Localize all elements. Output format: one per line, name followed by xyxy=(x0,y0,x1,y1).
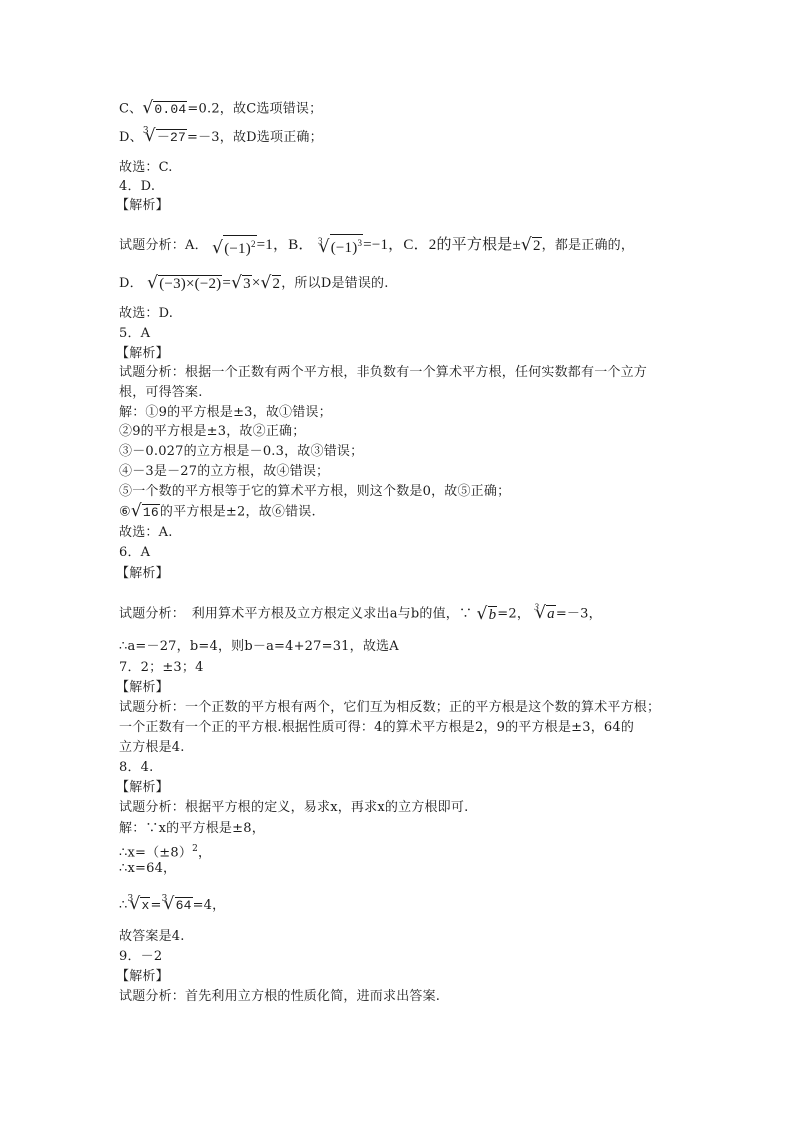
root-index: 3 xyxy=(143,126,149,136)
expr-result: =2， xyxy=(497,607,530,622)
expr: (−1) xyxy=(224,241,251,257)
expr-result: =−1，C．2的平方根是± xyxy=(363,237,521,253)
radicand: b xyxy=(488,606,498,623)
q8-conclusion: 故答案是4. xyxy=(119,929,185,945)
q9-answer: 9．－2 xyxy=(119,949,162,965)
q5-analysis-line-2: 根，可得答案. xyxy=(119,385,203,401)
cbrt-expression: 3√(−1)3 xyxy=(318,234,363,257)
exponent: 2 xyxy=(251,239,256,249)
q6-analysis-tag: 【解析】 xyxy=(116,566,169,582)
radicand: 3 xyxy=(242,275,252,292)
option-text: =0.2，故C选项错误； xyxy=(187,102,322,117)
q5-answer: 5．A xyxy=(119,326,150,342)
q5-step-1: 解：①9的平方根是±3，故①错误； xyxy=(119,405,332,421)
expr: (−1) xyxy=(331,240,358,256)
analysis-text: 试题分析： 利用算术平方根及立方根定义求出a与b的值，∵ xyxy=(119,607,472,622)
root-index: 3 xyxy=(162,894,168,904)
q6-analysis-line-2: ∴a=－27，b=4，则b－a=4+27=31，故选A xyxy=(119,639,399,655)
q8-step-3: ∴x=64， xyxy=(119,861,176,877)
option-label: D． xyxy=(119,276,143,291)
q6-analysis-line-1: 试题分析： 利用算术平方根及立方根定义求出a与b的值，∵ √b=2， 3√a=－… xyxy=(119,605,602,623)
q5-step-4: ④－3是－27的立方根，故④错误； xyxy=(119,464,329,480)
exponent: 3 xyxy=(357,238,362,248)
q3-option-d-line: D、3√－27=－3，故D选项正确； xyxy=(119,128,323,147)
q5-analysis-tag: 【解析】 xyxy=(116,346,169,362)
step-tail: =4， xyxy=(193,898,226,913)
q4-analysis-line: 试题分析：A． √(−1)2=1，B． 3√(−1)3=−1，C．2的平方根是±… xyxy=(119,234,634,257)
q9-analysis: 试题分析：首先利用立方根的性质化简，进而求出答案. xyxy=(119,989,440,1005)
option-text: ，所以D是错误的. xyxy=(281,276,388,291)
step-text: ∴x=（±8） xyxy=(119,845,192,860)
radicand: x xyxy=(140,897,150,914)
radicand: a xyxy=(546,605,556,622)
radicand: 0.04 xyxy=(153,101,187,118)
q8-analysis: 试题分析：根据平方根的定义，易求x，再求x的立方根即可. xyxy=(119,800,468,816)
expr-result: =－3， xyxy=(556,607,602,622)
cbrt-expression: 3√64 xyxy=(162,896,193,915)
q7-answer: 7．2；±3；4 xyxy=(119,660,204,676)
root-index: 3 xyxy=(534,602,539,612)
q4-conclusion: 故选：D. xyxy=(119,306,173,322)
radicand: 16 xyxy=(142,504,160,521)
q9-analysis-tag: 【解析】 xyxy=(116,969,169,985)
q5-step-5: ⑤一个数的平方根等于它的算术平方根，则这个数是0，故⑤正确； xyxy=(119,484,510,500)
q5-analysis-line-1: 试题分析：根据一个正数有两个平方根，非负数有一个算术平方根，任何实数都有一个立方 xyxy=(119,365,647,381)
q7-analysis-line-2: 一个正数有一个正的平方根.根据性质可得：4的算术平方根是2，9的平方根是±3，6… xyxy=(119,720,634,736)
step-label: ⑥ xyxy=(119,505,131,520)
cbrt-expression: 3√－27 xyxy=(143,128,187,147)
q5-step-6: ⑥√16的平方根是±2，故⑥错误. xyxy=(119,503,316,521)
q8-step-1: 解：∵x的平方根是±8， xyxy=(119,821,265,837)
q4-analysis-tag: 【解析】 xyxy=(116,198,169,214)
cbrt-expression: 3√x xyxy=(127,896,150,915)
step-tail: ， xyxy=(198,845,211,860)
radicand: (−1)3 xyxy=(330,234,363,256)
sqrt-expression: √16 xyxy=(131,503,160,521)
analysis-label: 试题分析：A． xyxy=(119,238,208,253)
q5-step-3: ③－0.027的立方根是－0.3，故③错误； xyxy=(119,444,363,460)
q6-answer: 6．A xyxy=(119,545,150,561)
q8-step-4: ∴3√x=3√64=4， xyxy=(119,896,225,915)
equals: = xyxy=(222,275,231,291)
radicand: 64 xyxy=(175,897,193,914)
radicand: (−3)×(−2) xyxy=(158,275,222,292)
radicand: 2 xyxy=(272,275,282,292)
radicand: 2 xyxy=(532,237,542,254)
q3-conclusion: 故选：C. xyxy=(119,160,173,176)
option-label: D、 xyxy=(119,130,143,145)
cbrt-expression: 3√a xyxy=(534,605,555,623)
q8-analysis-tag: 【解析】 xyxy=(116,780,169,796)
q7-analysis-line-3: 立方根是4. xyxy=(119,740,185,756)
step-text: 的平方根是±2，故⑥错误. xyxy=(160,505,316,520)
q3-option-c-line: C、√0.04=0.2，故C选项错误； xyxy=(119,100,322,118)
q4-option-d-line: D． √(−3)×(−2)=√3×√2，所以D是错误的. xyxy=(119,275,389,292)
sqrt-expression: √b xyxy=(477,606,498,623)
root-index: 3 xyxy=(318,236,323,246)
sqrt-expression: √3 xyxy=(231,275,252,292)
expr-result: =1，B． xyxy=(257,237,314,253)
q5-conclusion: 故选：A. xyxy=(119,525,173,541)
q7-analysis-tag: 【解析】 xyxy=(116,680,169,696)
root-index: 3 xyxy=(127,894,133,904)
q8-step-2: ∴x=（±8）2， xyxy=(119,841,211,861)
sqrt-expression: √(−1)2 xyxy=(212,235,257,257)
sqrt-expression: √(−3)×(−2) xyxy=(147,275,222,292)
times: × xyxy=(252,275,261,291)
q4-answer: 4．D. xyxy=(119,179,155,195)
sqrt-expression: √0.04 xyxy=(142,100,187,118)
sqrt-expression: √2 xyxy=(521,237,542,254)
analysis-tail: ，都是正确的， xyxy=(542,238,634,253)
option-text: =－3，故D选项正确； xyxy=(187,130,323,145)
equals: = xyxy=(150,898,161,913)
radicand: －27 xyxy=(156,129,187,146)
q5-step-2: ②9的平方根是±3，故②正确； xyxy=(119,424,305,440)
q8-answer: 8．4. xyxy=(119,760,153,776)
q7-analysis-line-1: 试题分析：一个正数的平方根有两个，它们互为相反数；正的平方根是这个数的算术平方根… xyxy=(119,700,660,716)
option-label: C、 xyxy=(119,102,142,117)
radicand: (−1)2 xyxy=(223,235,256,257)
sqrt-expression: √2 xyxy=(260,275,281,292)
